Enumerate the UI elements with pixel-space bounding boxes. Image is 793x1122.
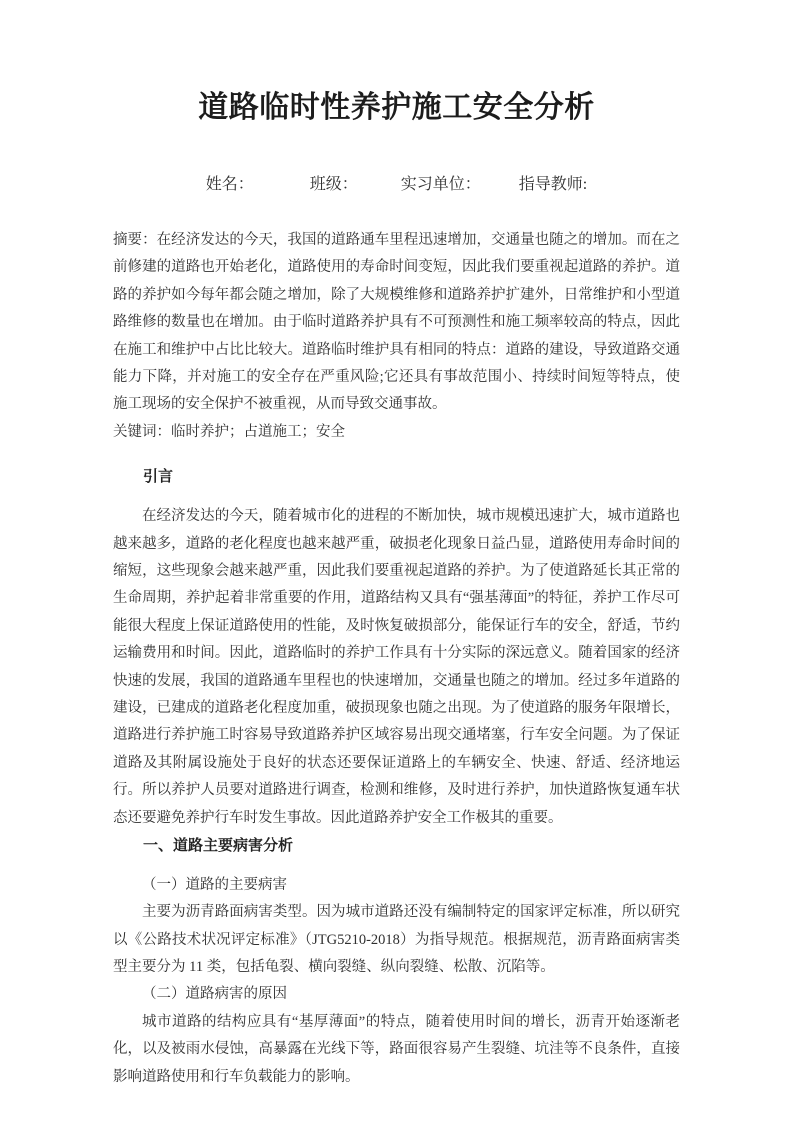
document-page: 道路临时性养护施工安全分析 姓名： 班级： 实习单位： 指导教师: 摘要：在经济… <box>0 0 793 1122</box>
author-meta-line: 姓名： 班级： 实习单位： 指导教师: <box>113 174 680 196</box>
class-label: 班级： <box>310 174 358 196</box>
section-heading-introduction: 引言 <box>113 463 680 490</box>
section-heading-disease-analysis: 一、道路主要病害分析 <box>113 832 680 859</box>
advisor-label: 指导教师: <box>519 174 587 196</box>
document-title: 道路临时性养护施工安全分析 <box>113 88 680 128</box>
name-label: 姓名： <box>206 174 254 196</box>
main-diseases-paragraph: 主要为沥青路面病害类型。因为城市道路还没有编制特定的国家评定标准，所以研究以《公… <box>113 899 680 981</box>
internship-unit-label: 实习单位： <box>401 174 481 196</box>
keywords-line: 关键词：临时养护；占道施工；安全 <box>113 419 680 446</box>
abstract-paragraph: 摘要：在经济发达的今天，我国的道路通车里程迅速增加，交通量也随之的增加。而在之前… <box>113 227 680 419</box>
introduction-paragraph: 在经济发达的今天，随着城市化的进程的不断加快，城市规模迅速扩大，城市道路也越来越… <box>113 503 680 832</box>
subsection-heading-main-diseases: （一）道路的主要病害 <box>113 872 680 899</box>
subsection-heading-disease-causes: （二）道路病害的原因 <box>113 981 680 1008</box>
disease-causes-paragraph: 城市道路的结构应具有“基厚薄面”的特点，随着使用时间的增长，沥青开始逐渐老化，以… <box>113 1009 680 1091</box>
